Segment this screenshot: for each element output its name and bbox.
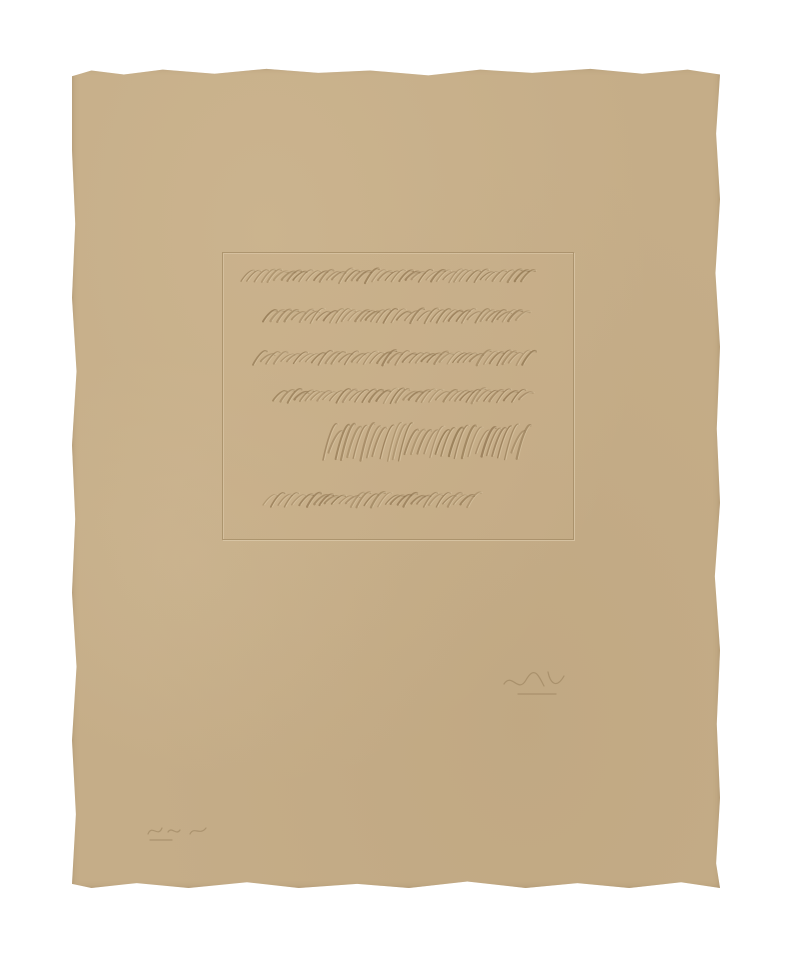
edition-notation	[142, 816, 222, 844]
plate-mark	[222, 252, 574, 540]
artist-signature	[498, 664, 570, 702]
scribble-rows	[223, 253, 573, 539]
paper-sheet	[72, 68, 720, 888]
